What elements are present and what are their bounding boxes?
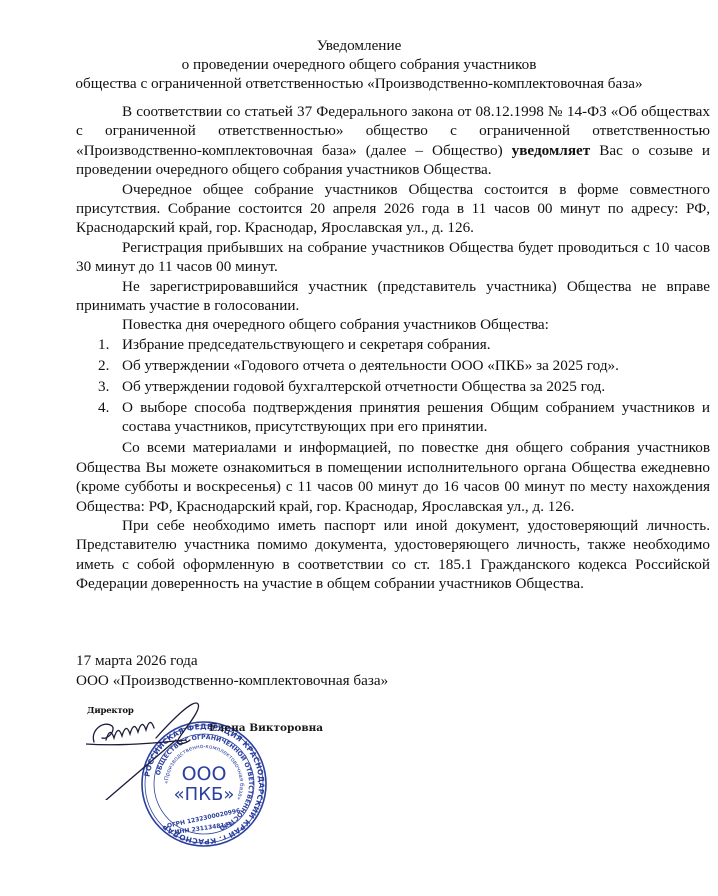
document-footer: 17 марта 2026 года ООО «Производственно-… [76, 651, 388, 691]
agenda-item-text: Об утверждении годовой бухгалтерской отч… [122, 378, 605, 395]
agenda-item: 2.Об утверждении «Годового отчета о деят… [76, 356, 710, 375]
signature-block: РОССИЙСКАЯ ФЕДЕРАЦИЯ КРАСНОДАРСКИЙ КРАЙ … [76, 700, 376, 890]
document-page: Уведомление о проведении очередного обще… [0, 0, 718, 896]
agenda-item-text: Об утверждении «Годового отчета о деятел… [122, 357, 619, 374]
agenda-item-number: 1. [98, 335, 109, 354]
title-line-1: Уведомление [0, 36, 718, 55]
materials-paragraph: Со всеми материалами и информацией, по п… [76, 438, 710, 516]
title-line-2: о проведении очередного общего собрания … [0, 55, 718, 74]
agenda-title: Повестка дня очередного общего собрания … [76, 315, 710, 334]
agenda-item-text: О выборе способа подтверждения принятия … [122, 399, 710, 435]
signatory-position: Директор [87, 706, 134, 716]
unregistered-paragraph: Не зарегистрировавшийся участник (предст… [76, 277, 710, 316]
intro-text-bold: уведомляет [512, 142, 591, 159]
document-date: 17 марта 2026 года [76, 651, 388, 671]
documents-paragraph: При себе необходимо иметь паспорт или ин… [76, 516, 710, 594]
agenda-item-text: Избрание председательствующего и секрета… [122, 336, 491, 353]
intro-paragraph: В соответствии со статьей 37 Федеральног… [76, 102, 710, 180]
title-line-3: общества с ограниченной ответственностью… [0, 74, 718, 93]
document-title: Уведомление о проведении очередного обще… [0, 36, 718, 93]
agenda-item: 4.О выборе способа подтверждения приняти… [76, 398, 710, 437]
agenda-item-number: 4. [98, 398, 109, 417]
agenda-item: 3.Об утверждении годовой бухгалтерской о… [76, 377, 710, 396]
signatory-name: Елена Викторовна [209, 722, 323, 734]
agenda-item: 1.Избрание председательствующего и секре… [76, 335, 710, 354]
document-body: В соответствии со статьей 37 Федеральног… [76, 102, 710, 594]
meeting-paragraph: Очередное общее собрание участников Обще… [76, 180, 710, 238]
agenda-item-number: 3. [98, 377, 109, 396]
registration-paragraph: Регистрация прибывших на собрание участн… [76, 238, 710, 277]
organization-name: ООО «Производственно-комплектовочная баз… [76, 671, 388, 691]
agenda-item-number: 2. [98, 356, 109, 375]
agenda-list: 1.Избрание председательствующего и секре… [76, 335, 710, 437]
